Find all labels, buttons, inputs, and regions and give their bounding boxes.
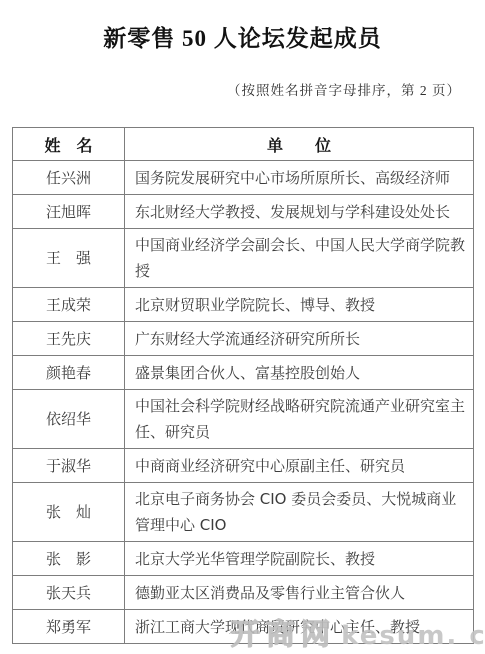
member-name-cell: 依绍华: [13, 390, 125, 449]
table-row: 颜艳春 盛景集团合伙人、富基控股创始人: [13, 356, 474, 390]
table-row: 张 影 北京大学光华管理学院副院长、教授: [13, 542, 474, 576]
member-name-cell: 颜艳春: [13, 356, 125, 390]
document-page: 新零售 50 人论坛发起成员 （按照姓名拼音字母排序，第 2 页） 姓 名 单 …: [0, 0, 485, 654]
member-unit-cell: 北京大学光华管理学院副院长、教授: [125, 542, 474, 576]
member-name-cell: 王 强: [13, 229, 125, 288]
members-table: 姓 名 单 位 任兴洲 国务院发展研究中心市场所原所长、高级经济师 汪旭晖 东北…: [12, 127, 474, 644]
member-unit-cell: 北京电子商务协会 CIO 委员会委员、大悦城商业管理中心 CIO: [125, 483, 474, 542]
table-row: 依绍华 中国社会科学院财经战略研究院流通产业研究室主任、研究员: [13, 390, 474, 449]
table-row: 王 强 中国商业经济学会副会长、中国人民大学商学院教授: [13, 229, 474, 288]
member-unit-cell: 北京财贸职业学院院长、博导、教授: [125, 288, 474, 322]
page-subtitle: （按照姓名拼音字母排序，第 2 页）: [227, 79, 461, 99]
header-name-column: 姓 名: [13, 128, 125, 161]
member-unit-cell: 中商商业经济研究中心原副主任、研究员: [125, 449, 474, 483]
member-name-cell: 张 影: [13, 542, 125, 576]
member-unit-cell: 德勤亚太区消费品及零售行业主管合伙人: [125, 576, 474, 610]
member-name-cell: 郑勇军: [13, 610, 125, 644]
table-row: 于淑华 中商商业经济研究中心原副主任、研究员: [13, 449, 474, 483]
member-name-cell: 张天兵: [13, 576, 125, 610]
table-row: 张天兵 德勤亚太区消费品及零售行业主管合伙人: [13, 576, 474, 610]
member-name-cell: 王成荣: [13, 288, 125, 322]
table-row: 王先庆 广东财经大学流通经济研究所所长: [13, 322, 474, 356]
member-name-cell: 任兴洲: [13, 161, 125, 195]
table-row: 张 灿 北京电子商务协会 CIO 委员会委员、大悦城商业管理中心 CIO: [13, 483, 474, 542]
table-row: 王成荣 北京财贸职业学院院长、博导、教授: [13, 288, 474, 322]
member-name-cell: 张 灿: [13, 483, 125, 542]
member-name-cell: 王先庆: [13, 322, 125, 356]
member-unit-cell: 国务院发展研究中心市场所原所长、高级经济师: [125, 161, 474, 195]
member-unit-cell: 东北财经大学教授、发展规划与学科建设处处长: [125, 195, 474, 229]
member-name-cell: 汪旭晖: [13, 195, 125, 229]
table-header-row: 姓 名 单 位: [13, 128, 474, 161]
member-unit-cell: 盛景集团合伙人、富基控股创始人: [125, 356, 474, 390]
page-title: 新零售 50 人论坛发起成员: [0, 20, 485, 53]
member-name-cell: 于淑华: [13, 449, 125, 483]
member-unit-cell: 浙江工商大学现代商贸研究中心主任、教授: [125, 610, 474, 644]
table-row: 任兴洲 国务院发展研究中心市场所原所长、高级经济师: [13, 161, 474, 195]
member-unit-cell: 中国商业经济学会副会长、中国人民大学商学院教授: [125, 229, 474, 288]
header-unit-column: 单 位: [125, 128, 474, 161]
table-row: 汪旭晖 东北财经大学教授、发展规划与学科建设处处长: [13, 195, 474, 229]
member-unit-cell: 广东财经大学流通经济研究所所长: [125, 322, 474, 356]
member-unit-cell: 中国社会科学院财经战略研究院流通产业研究室主任、研究员: [125, 390, 474, 449]
table-row: 郑勇军 浙江工商大学现代商贸研究中心主任、教授: [13, 610, 474, 644]
